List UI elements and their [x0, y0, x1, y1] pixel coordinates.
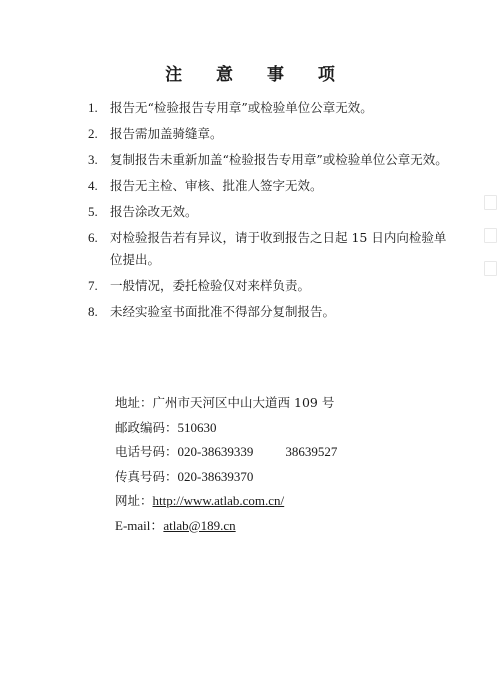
- postcode-label: 邮政编码：: [115, 420, 178, 435]
- note-item: 5. 报告涂改无效。: [88, 201, 448, 223]
- faded-glyph: [484, 228, 497, 243]
- note-item: 6. 对检验报告若有异议，请于收到报告之日起 15 日内向检验单位提出。: [88, 227, 448, 271]
- note-text: 报告涂改无效。: [110, 201, 448, 223]
- fax-value: 020-38639370: [178, 469, 254, 484]
- address-label: 地址：: [115, 395, 153, 410]
- faded-glyph: [484, 261, 497, 276]
- address-value: 广州市天河区中山大道西 109 号: [153, 395, 335, 410]
- email-row: E-mail：atlab@189.cn: [115, 518, 337, 534]
- note-item: 3. 复制报告未重新加盖“检验报告专用章”或检验单位公章无效。: [88, 149, 448, 171]
- phone-row: 电话号码：020-3863933938639527: [115, 444, 337, 460]
- address-row: 地址：广州市天河区中山大道西 109 号: [115, 395, 337, 411]
- website-label: 网址：: [115, 493, 153, 508]
- note-number: 7.: [88, 275, 110, 297]
- note-number: 2.: [88, 123, 110, 145]
- note-text: 未经实验室书面批准不得部分复制报告。: [110, 301, 448, 323]
- faded-glyph: [484, 195, 497, 210]
- note-text: 复制报告未重新加盖“检验报告专用章”或检验单位公章无效。: [110, 149, 448, 171]
- note-number: 8.: [88, 301, 110, 323]
- postcode-row: 邮政编码：510630: [115, 420, 337, 436]
- postcode-value: 510630: [178, 420, 217, 435]
- fax-label: 传真号码：: [115, 469, 178, 484]
- bleed-through-marks: [484, 195, 498, 276]
- fax-row: 传真号码：020-38639370: [115, 469, 337, 485]
- phone-label: 电话号码：: [115, 444, 178, 459]
- phone-value-2: 38639527: [285, 444, 337, 459]
- note-text: 报告无主检、审核、批准人签字无效。: [110, 175, 448, 197]
- note-item: 1. 报告无“检验报告专用章”或检验单位公章无效。: [88, 97, 448, 119]
- note-text: 一般情况，委托检验仅对来样负责。: [110, 275, 448, 297]
- email-link[interactable]: atlab@189.cn: [163, 518, 235, 533]
- note-number: 5.: [88, 201, 110, 223]
- note-text: 对检验报告若有异议，请于收到报告之日起 15 日内向检验单位提出。: [110, 227, 448, 271]
- notes-list: 1. 报告无“检验报告专用章”或检验单位公章无效。 2. 报告需加盖骑缝章。 3…: [88, 97, 448, 327]
- note-number: 4.: [88, 175, 110, 197]
- email-label: E-mail：: [115, 518, 163, 533]
- note-text: 报告无“检验报告专用章”或检验单位公章无效。: [110, 97, 448, 119]
- note-number: 1.: [88, 97, 110, 119]
- note-item: 4. 报告无主检、审核、批准人签字无效。: [88, 175, 448, 197]
- contact-block: 地址：广州市天河区中山大道西 109 号 邮政编码：510630 电话号码：02…: [115, 395, 337, 542]
- website-row: 网址：http://www.atlab.com.cn/: [115, 493, 337, 509]
- phone-value-1: 020-38639339: [178, 444, 254, 459]
- note-item: 8. 未经实验室书面批准不得部分复制报告。: [88, 301, 448, 323]
- page-title: 注 意 事 项: [0, 60, 500, 85]
- note-item: 2. 报告需加盖骑缝章。: [88, 123, 448, 145]
- note-item: 7. 一般情况，委托检验仅对来样负责。: [88, 275, 448, 297]
- note-number: 3.: [88, 149, 110, 171]
- website-link[interactable]: http://www.atlab.com.cn/: [153, 493, 285, 508]
- note-number: 6.: [88, 227, 110, 271]
- note-text: 报告需加盖骑缝章。: [110, 123, 448, 145]
